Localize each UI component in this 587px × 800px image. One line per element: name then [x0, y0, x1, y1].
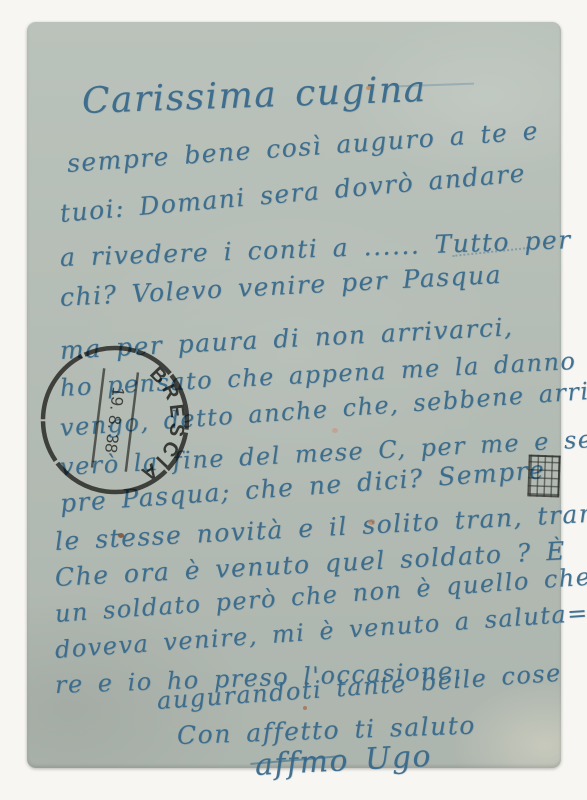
paper-speck — [366, 86, 371, 90]
postcard-scan: Carissima cugina sempre bene così auguro… — [0, 0, 587, 800]
paper-speck — [368, 519, 375, 525]
postmark-location-text: BRESCIA — [132, 361, 195, 491]
handwriting-line-greeting: Carissima cugina — [81, 70, 427, 122]
paper-speck — [332, 428, 338, 433]
paper-speck — [303, 706, 307, 710]
paper-speck — [118, 533, 124, 538]
postmark-date-text: 19. 8. 38 — [101, 386, 128, 454]
postmark-svg: BRESCIA 19. 8. 38 — [33, 338, 197, 502]
grid-hallmark-stamp — [527, 454, 560, 497]
postmark-stamp: BRESCIA 19. 8. 38 — [33, 338, 197, 502]
postmark-bridge-line — [92, 368, 104, 467]
